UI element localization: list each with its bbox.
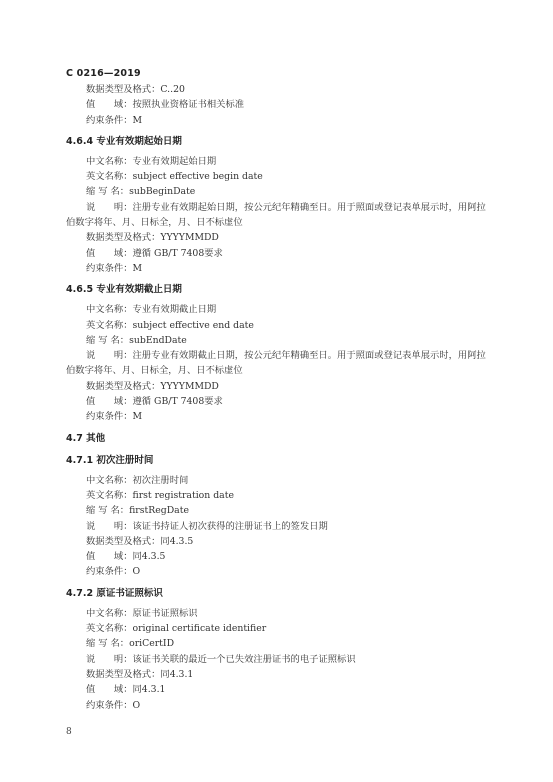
field-en-name: 英文名称：original certificate identifier — [66, 621, 496, 636]
section-heading-4-6-5: 4.6.5 专业有效期截止日期 — [66, 282, 496, 298]
field-desc-continued: 伯数字将年、月、日标全，月、日不标虚位 — [66, 215, 496, 230]
field-domain: 值 域：同4.3.5 — [66, 549, 496, 564]
field-en-name: 英文名称：first registration date — [66, 488, 496, 503]
field-en-name: 英文名称：subject effective begin date — [66, 169, 496, 184]
field-desc: 说 明：该证书持证人初次获得的注册证书上的签发日期 — [66, 519, 496, 534]
field-desc-continued: 伯数字将年、月、日标全，月、日不标虚位 — [66, 363, 496, 378]
standard-code-header: C 0216—2019 — [66, 68, 141, 79]
field-abbr: 缩 写 名：subBeginDate — [66, 184, 496, 199]
field-abbr: 缩 写 名：firstRegDate — [66, 503, 496, 518]
document-body: 数据类型及格式：C..20 值 域：按照执业资格证书相关标准 约束条件：M 4.… — [66, 82, 496, 713]
field-desc: 说 明：注册专业有效期截止日期，按公元纪年精确至日。用于照面或登记表单展示时，用… — [66, 348, 496, 363]
field-desc: 说 明：注册专业有效期起始日期，按公元纪年精确至日。用于照面或登记表单展示时，用… — [66, 200, 496, 215]
field-dtype: 数据类型及格式：同4.3.1 — [66, 667, 496, 682]
field-abbr: 缩 写 名：oriCertID — [66, 636, 496, 651]
field-cn-name: 中文名称：原证书证照标识 — [66, 606, 496, 621]
field-constraint: 约束条件：M — [66, 113, 496, 128]
field-domain: 值 域：同4.3.1 — [66, 682, 496, 697]
field-constraint: 约束条件：M — [66, 261, 496, 276]
field-domain: 值 域：遵循 GB/T 7408要求 — [66, 394, 496, 409]
field-constraint: 约束条件：O — [66, 698, 496, 713]
section-heading-4-7-1: 4.7.1 初次注册时间 — [66, 453, 496, 469]
field-abbr: 缩 写 名：subEndDate — [66, 333, 496, 348]
field-dtype: 数据类型及格式：YYYYMMDD — [66, 230, 496, 245]
field-domain: 值 域：遵循 GB/T 7408要求 — [66, 246, 496, 261]
section-heading-4-7: 4.7 其他 — [66, 431, 496, 447]
field-desc: 说 明：该证书关联的最近一个已失效注册证书的电子证照标识 — [66, 652, 496, 667]
page-number: 8 — [66, 727, 72, 737]
field-dtype: 数据类型及格式：同4.3.5 — [66, 534, 496, 549]
section-heading-4-6-4: 4.6.4 专业有效期起始日期 — [66, 134, 496, 150]
field-constraint: 约束条件：M — [66, 409, 496, 424]
field-dtype: 数据类型及格式：C..20 — [66, 82, 496, 97]
field-domain: 值 域：按照执业资格证书相关标准 — [66, 97, 496, 112]
field-constraint: 约束条件：O — [66, 564, 496, 579]
document-page: C 0216—2019 数据类型及格式：C..20 值 域：按照执业资格证书相关… — [0, 0, 553, 782]
section-heading-4-7-2: 4.7.2 原证书证照标识 — [66, 586, 496, 602]
field-en-name: 英文名称：subject effective end date — [66, 318, 496, 333]
field-cn-name: 中文名称：专业有效期截止日期 — [66, 302, 496, 317]
field-dtype: 数据类型及格式：YYYYMMDD — [66, 379, 496, 394]
field-cn-name: 中文名称：专业有效期起始日期 — [66, 154, 496, 169]
field-cn-name: 中文名称：初次注册时间 — [66, 473, 496, 488]
